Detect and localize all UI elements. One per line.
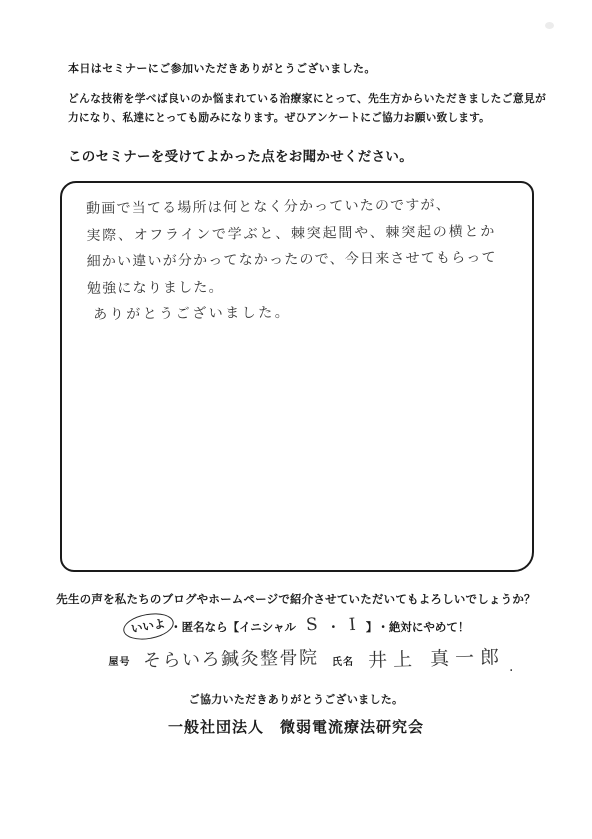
organization-name: 一般社団法人 微弱電流療法研究会 xyxy=(0,716,592,737)
consent-separator: ・ xyxy=(377,619,389,635)
answer-line: ありがとうございました。 xyxy=(87,298,515,329)
consent-option-anonymous: 匿名なら【イニシャル xyxy=(182,619,296,635)
initial-separator: ・ xyxy=(328,619,340,635)
shop-name-label: 屋号 xyxy=(109,653,131,668)
handwritten-initial-first: S xyxy=(305,614,318,635)
handwritten-shop-name: そらいろ鍼灸整骨院 xyxy=(142,643,318,672)
signature-row: 屋号 そらいろ鍼灸整骨院 氏名 井上 真一郎 . xyxy=(0,644,592,671)
bracket-close: 】 xyxy=(366,619,378,635)
consent-option-refuse: 絶対にやめて！ xyxy=(389,619,470,635)
handwritten-answer-box: 動画で当てる場所は何となく分かっていたのですが、 実際、オフラインで学ぶと、棘突… xyxy=(60,181,534,572)
handwritten-initial-second: I xyxy=(348,614,356,634)
handwritten-person-name: 井上 真一郎 xyxy=(368,642,506,673)
answer-line: 細かい違いが分かってなかったので、今日来させてもらって xyxy=(87,245,515,276)
handwritten-period: . xyxy=(509,659,513,675)
intro-paragraph: どんな技術を学べば良いのか悩まれている治療家にとって、先生方からいただきましたご… xyxy=(68,90,546,127)
consent-options: いいよ・匿名なら【イニシャルS・I】・絶対にやめて！ xyxy=(0,614,592,639)
question-heading: このセミナーを受けてよかった点をお聞かせください。 xyxy=(68,145,413,165)
consent-question: 先生の声を私たちのブログやホームページで紹介させていただいてもよろしいでしょうか… xyxy=(0,591,592,607)
handwritten-answer: 動画で当てる場所は何となく分かっていたのですが、 実際、オフラインで学ぶと、棘突… xyxy=(86,192,515,329)
thanks-line: ご協力いただきありがとうございました。 xyxy=(0,691,592,707)
consent-option-yes-circled: いいよ xyxy=(121,610,175,643)
consent-option-yes-label: いいよ xyxy=(130,618,166,636)
scan-artifact xyxy=(545,22,554,29)
answer-line: 動画で当てる場所は何となく分かっていたのですが、 xyxy=(86,192,514,223)
person-name-label: 氏名 xyxy=(332,653,354,668)
intro-greeting: 本日はセミナーにご参加いただきありがとうございました。 xyxy=(68,60,376,76)
seminar-questionnaire-scan: 本日はセミナーにご参加いただきありがとうございました。 どんな技術を学べば良いの… xyxy=(0,0,592,839)
